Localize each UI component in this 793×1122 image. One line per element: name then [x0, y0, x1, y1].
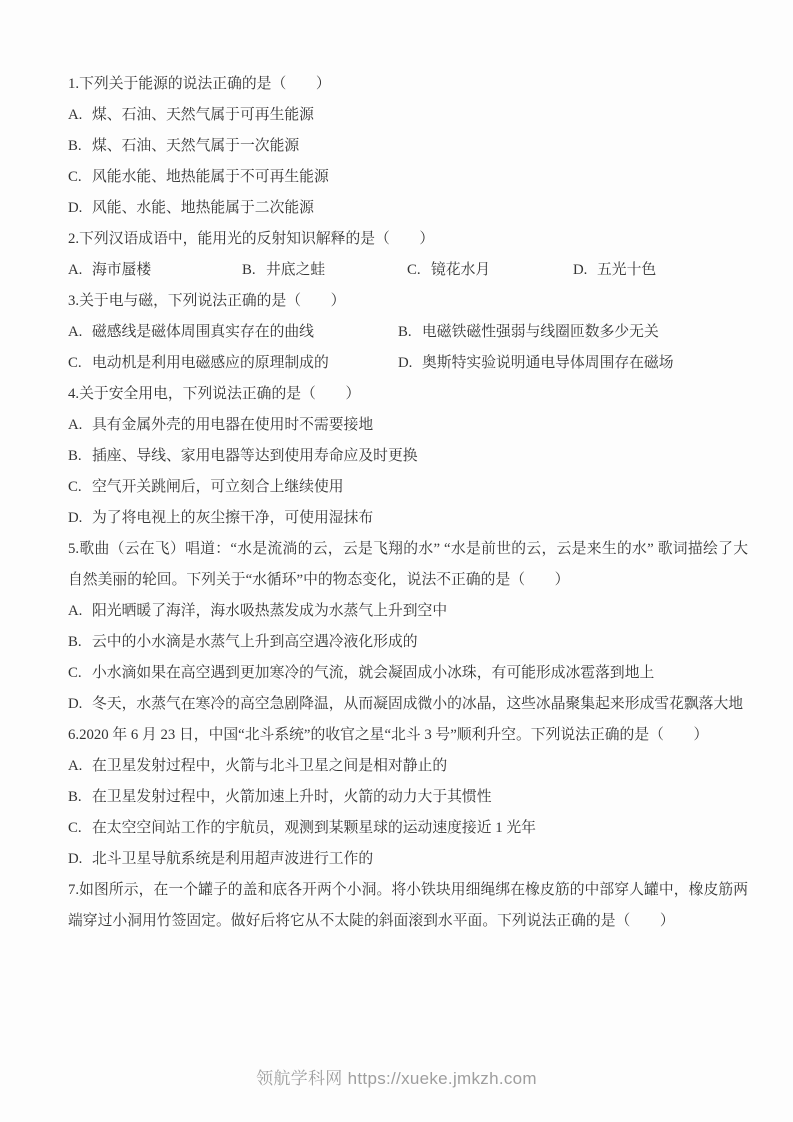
option-label: B.: [398, 317, 422, 348]
option-label: A.: [68, 751, 92, 782]
option-b: B.插座、导线、家用电器等达到使用寿命应及时更换: [68, 441, 748, 472]
option-label: B.: [68, 782, 92, 813]
option-text: 风能水能、地热能属于不可再生能源: [92, 169, 329, 185]
question-5-options: A.阳光晒暖了海洋，海水吸热蒸发成为水蒸气上升到空中 B.云中的小水滴是水蒸气上…: [68, 596, 748, 720]
option-a: A.在卫星发射过程中，火箭与北斗卫星之间是相对静止的: [68, 751, 748, 782]
option-a: A.阳光晒暖了海洋，海水吸热蒸发成为水蒸气上升到空中: [68, 596, 748, 627]
option-label: D.: [68, 193, 92, 224]
option-label: B.: [68, 627, 92, 658]
option-label: B.: [242, 255, 266, 286]
option-label: B.: [68, 131, 92, 162]
option-label: A.: [68, 410, 92, 441]
option-label: C.: [68, 472, 92, 503]
option-c: C.空气开关跳闸后，可立刻合上继续使用: [68, 472, 748, 503]
option-label: D.: [68, 689, 92, 720]
question-1-options: A.煤、石油、天然气属于可再生能源 B.煤、石油、天然气属于一次能源 C.风能水…: [68, 100, 748, 224]
option-label: D.: [573, 255, 597, 286]
question-list: 1.下列关于能源的说法正确的是（ ） A.煤、石油、天然气属于可再生能源 B.煤…: [68, 69, 748, 937]
question-6-options: A.在卫星发射过程中，火箭与北斗卫星之间是相对静止的 B.在卫星发射过程中，火箭…: [68, 751, 748, 875]
option-label: A.: [68, 255, 92, 286]
option-d: D.奥斯特实验说明通电导体周围存在磁场: [398, 348, 748, 379]
option-label: C.: [68, 658, 92, 689]
exam-page: 1.下列关于能源的说法正确的是（ ） A.煤、石油、天然气属于可再生能源 B.煤…: [0, 0, 793, 1122]
option-b: B.煤、石油、天然气属于一次能源: [68, 131, 748, 162]
option-c: C.在太空空间站工作的宇航员，观测到某颗星球的运动速度接近 1 光年: [68, 813, 748, 844]
option-label: A.: [68, 100, 92, 131]
question-stem: 2.下列汉语成语中，能用光的反射知识解释的是（ ）: [68, 224, 748, 255]
option-text: 插座、导线、家用电器等达到使用寿命应及时更换: [92, 448, 418, 464]
option-a: A.磁感线是磁体周围真实存在的曲线: [68, 317, 398, 348]
watermark-footer: 领航学科网 https://xueke.jmkzh.com: [0, 1064, 793, 1089]
option-text: 镜花水月: [431, 262, 490, 278]
option-text: 煤、石油、天然气属于一次能源: [92, 138, 299, 154]
option-a: A.海市蜃楼: [68, 255, 242, 286]
option-c: C.镜花水月: [407, 255, 573, 286]
option-text: 云中的小水滴是水蒸气上升到高空遇冷液化形成的: [92, 634, 418, 650]
question-1: 1.下列关于能源的说法正确的是（ ） A.煤、石油、天然气属于可再生能源 B.煤…: [68, 69, 748, 224]
option-a: A.具有金属外壳的用电器在使用时不需要接地: [68, 410, 748, 441]
question-3: 3.关于电与磁，下列说法正确的是（ ） A.磁感线是磁体周围真实存在的曲线 B.…: [68, 286, 748, 379]
option-b: B.云中的小水滴是水蒸气上升到高空遇冷液化形成的: [68, 627, 748, 658]
option-text: 北斗卫星导航系统是利用超声波进行工作的: [92, 851, 373, 867]
option-text: 磁感线是磁体周围真实存在的曲线: [92, 324, 314, 340]
watermark-site-name: 领航学科网: [256, 1069, 343, 1088]
question-3-options: A.磁感线是磁体周围真实存在的曲线 B.电磁铁磁性强弱与线圈匝数多少无关 C.电…: [68, 317, 748, 379]
option-text: 在卫星发射过程中，火箭与北斗卫星之间是相对静止的: [92, 758, 447, 774]
option-label: D.: [398, 348, 422, 379]
question-4-options: A.具有金属外壳的用电器在使用时不需要接地 B.插座、导线、家用电器等达到使用寿…: [68, 410, 748, 534]
option-b: B.在卫星发射过程中，火箭加速上升时，火箭的动力大于其惯性: [68, 782, 748, 813]
option-text: 海市蜃楼: [92, 262, 151, 278]
question-stem: 3.关于电与磁，下列说法正确的是（ ）: [68, 286, 748, 317]
option-d: D.北斗卫星导航系统是利用超声波进行工作的: [68, 844, 748, 875]
option-a: A.煤、石油、天然气属于可再生能源: [68, 100, 748, 131]
option-text: 在太空空间站工作的宇航员，观测到某颗星球的运动速度接近 1 光年: [92, 820, 536, 836]
question-2: 2.下列汉语成语中，能用光的反射知识解释的是（ ） A.海市蜃楼 B.井底之蛙 …: [68, 224, 748, 286]
option-text: 小水滴如果在高空遇到更加寒冷的气流，就会凝固成小冰珠，有可能形成冰雹落到地上: [92, 665, 654, 681]
watermark-url: https://xueke.jmkzh.com: [348, 1069, 537, 1088]
question-stem: 1.下列关于能源的说法正确的是（ ）: [68, 69, 748, 100]
option-text: 在卫星发射过程中，火箭加速上升时，火箭的动力大于其惯性: [92, 789, 492, 805]
option-label: B.: [68, 441, 92, 472]
question-stem: 5.歌曲（云在飞）唱道：“水是流淌的云，云是飞翔的水” “水是前世的云，云是来生…: [68, 534, 748, 596]
question-stem: 6.2020 年 6 月 23 日，中国“北斗系统”的收官之星“北斗 3 号”顺…: [68, 720, 748, 751]
option-label: A.: [68, 596, 92, 627]
option-text: 电磁铁磁性强弱与线圈匝数多少无关: [422, 324, 659, 340]
option-text: 冬天，水蒸气在寒冷的高空急剧降温，从而凝固成微小的冰晶，这些冰晶聚集起来形成雪花…: [92, 696, 743, 712]
option-text: 煤、石油、天然气属于可再生能源: [92, 107, 314, 123]
option-text: 具有金属外壳的用电器在使用时不需要接地: [92, 417, 373, 433]
option-c: C.小水滴如果在高空遇到更加寒冷的气流，就会凝固成小冰珠，有可能形成冰雹落到地上: [68, 658, 748, 689]
option-text: 风能、水能、地热能属于二次能源: [92, 200, 314, 216]
option-label: C.: [68, 348, 92, 379]
option-text: 为了将电视上的灰尘擦干净，可使用湿抹布: [92, 510, 373, 526]
question-7: 7.如图所示，在一个罐子的盖和底各开两个小洞。将小铁块用细绳绑在橡皮筋的中部穿人…: [68, 875, 748, 937]
option-text: 电动机是利用电磁感应的原理制成的: [92, 355, 329, 371]
question-5: 5.歌曲（云在飞）唱道：“水是流淌的云，云是飞翔的水” “水是前世的云，云是来生…: [68, 534, 748, 720]
option-b: B.电磁铁磁性强弱与线圈匝数多少无关: [398, 317, 748, 348]
question-2-options: A.海市蜃楼 B.井底之蛙 C.镜花水月 D.五光十色: [68, 255, 748, 286]
option-label: C.: [68, 162, 92, 193]
question-4: 4.关于安全用电，下列说法正确的是（ ） A.具有金属外壳的用电器在使用时不需要…: [68, 379, 748, 534]
option-label: A.: [68, 317, 92, 348]
question-6: 6.2020 年 6 月 23 日，中国“北斗系统”的收官之星“北斗 3 号”顺…: [68, 720, 748, 875]
option-label: C.: [407, 255, 431, 286]
option-text: 空气开关跳闸后，可立刻合上继续使用: [92, 479, 344, 495]
question-stem: 7.如图所示，在一个罐子的盖和底各开两个小洞。将小铁块用细绳绑在橡皮筋的中部穿人…: [68, 875, 748, 937]
option-d: D.风能、水能、地热能属于二次能源: [68, 193, 748, 224]
option-c: C.风能水能、地热能属于不可再生能源: [68, 162, 748, 193]
option-d: D.为了将电视上的灰尘擦干净，可使用湿抹布: [68, 503, 748, 534]
option-c: C.电动机是利用电磁感应的原理制成的: [68, 348, 398, 379]
option-label: D.: [68, 844, 92, 875]
option-text: 五光十色: [597, 262, 656, 278]
option-d: D.冬天，水蒸气在寒冷的高空急剧降温，从而凝固成微小的冰晶，这些冰晶聚集起来形成…: [68, 689, 748, 720]
question-stem: 4.关于安全用电，下列说法正确的是（ ）: [68, 379, 748, 410]
option-text: 奥斯特实验说明通电导体周围存在磁场: [422, 355, 674, 371]
option-d: D.五光十色: [573, 255, 748, 286]
option-text: 阳光晒暖了海洋，海水吸热蒸发成为水蒸气上升到空中: [92, 603, 447, 619]
option-text: 井底之蛙: [266, 262, 325, 278]
option-b: B.井底之蛙: [242, 255, 407, 286]
option-label: D.: [68, 503, 92, 534]
option-label: C.: [68, 813, 92, 844]
